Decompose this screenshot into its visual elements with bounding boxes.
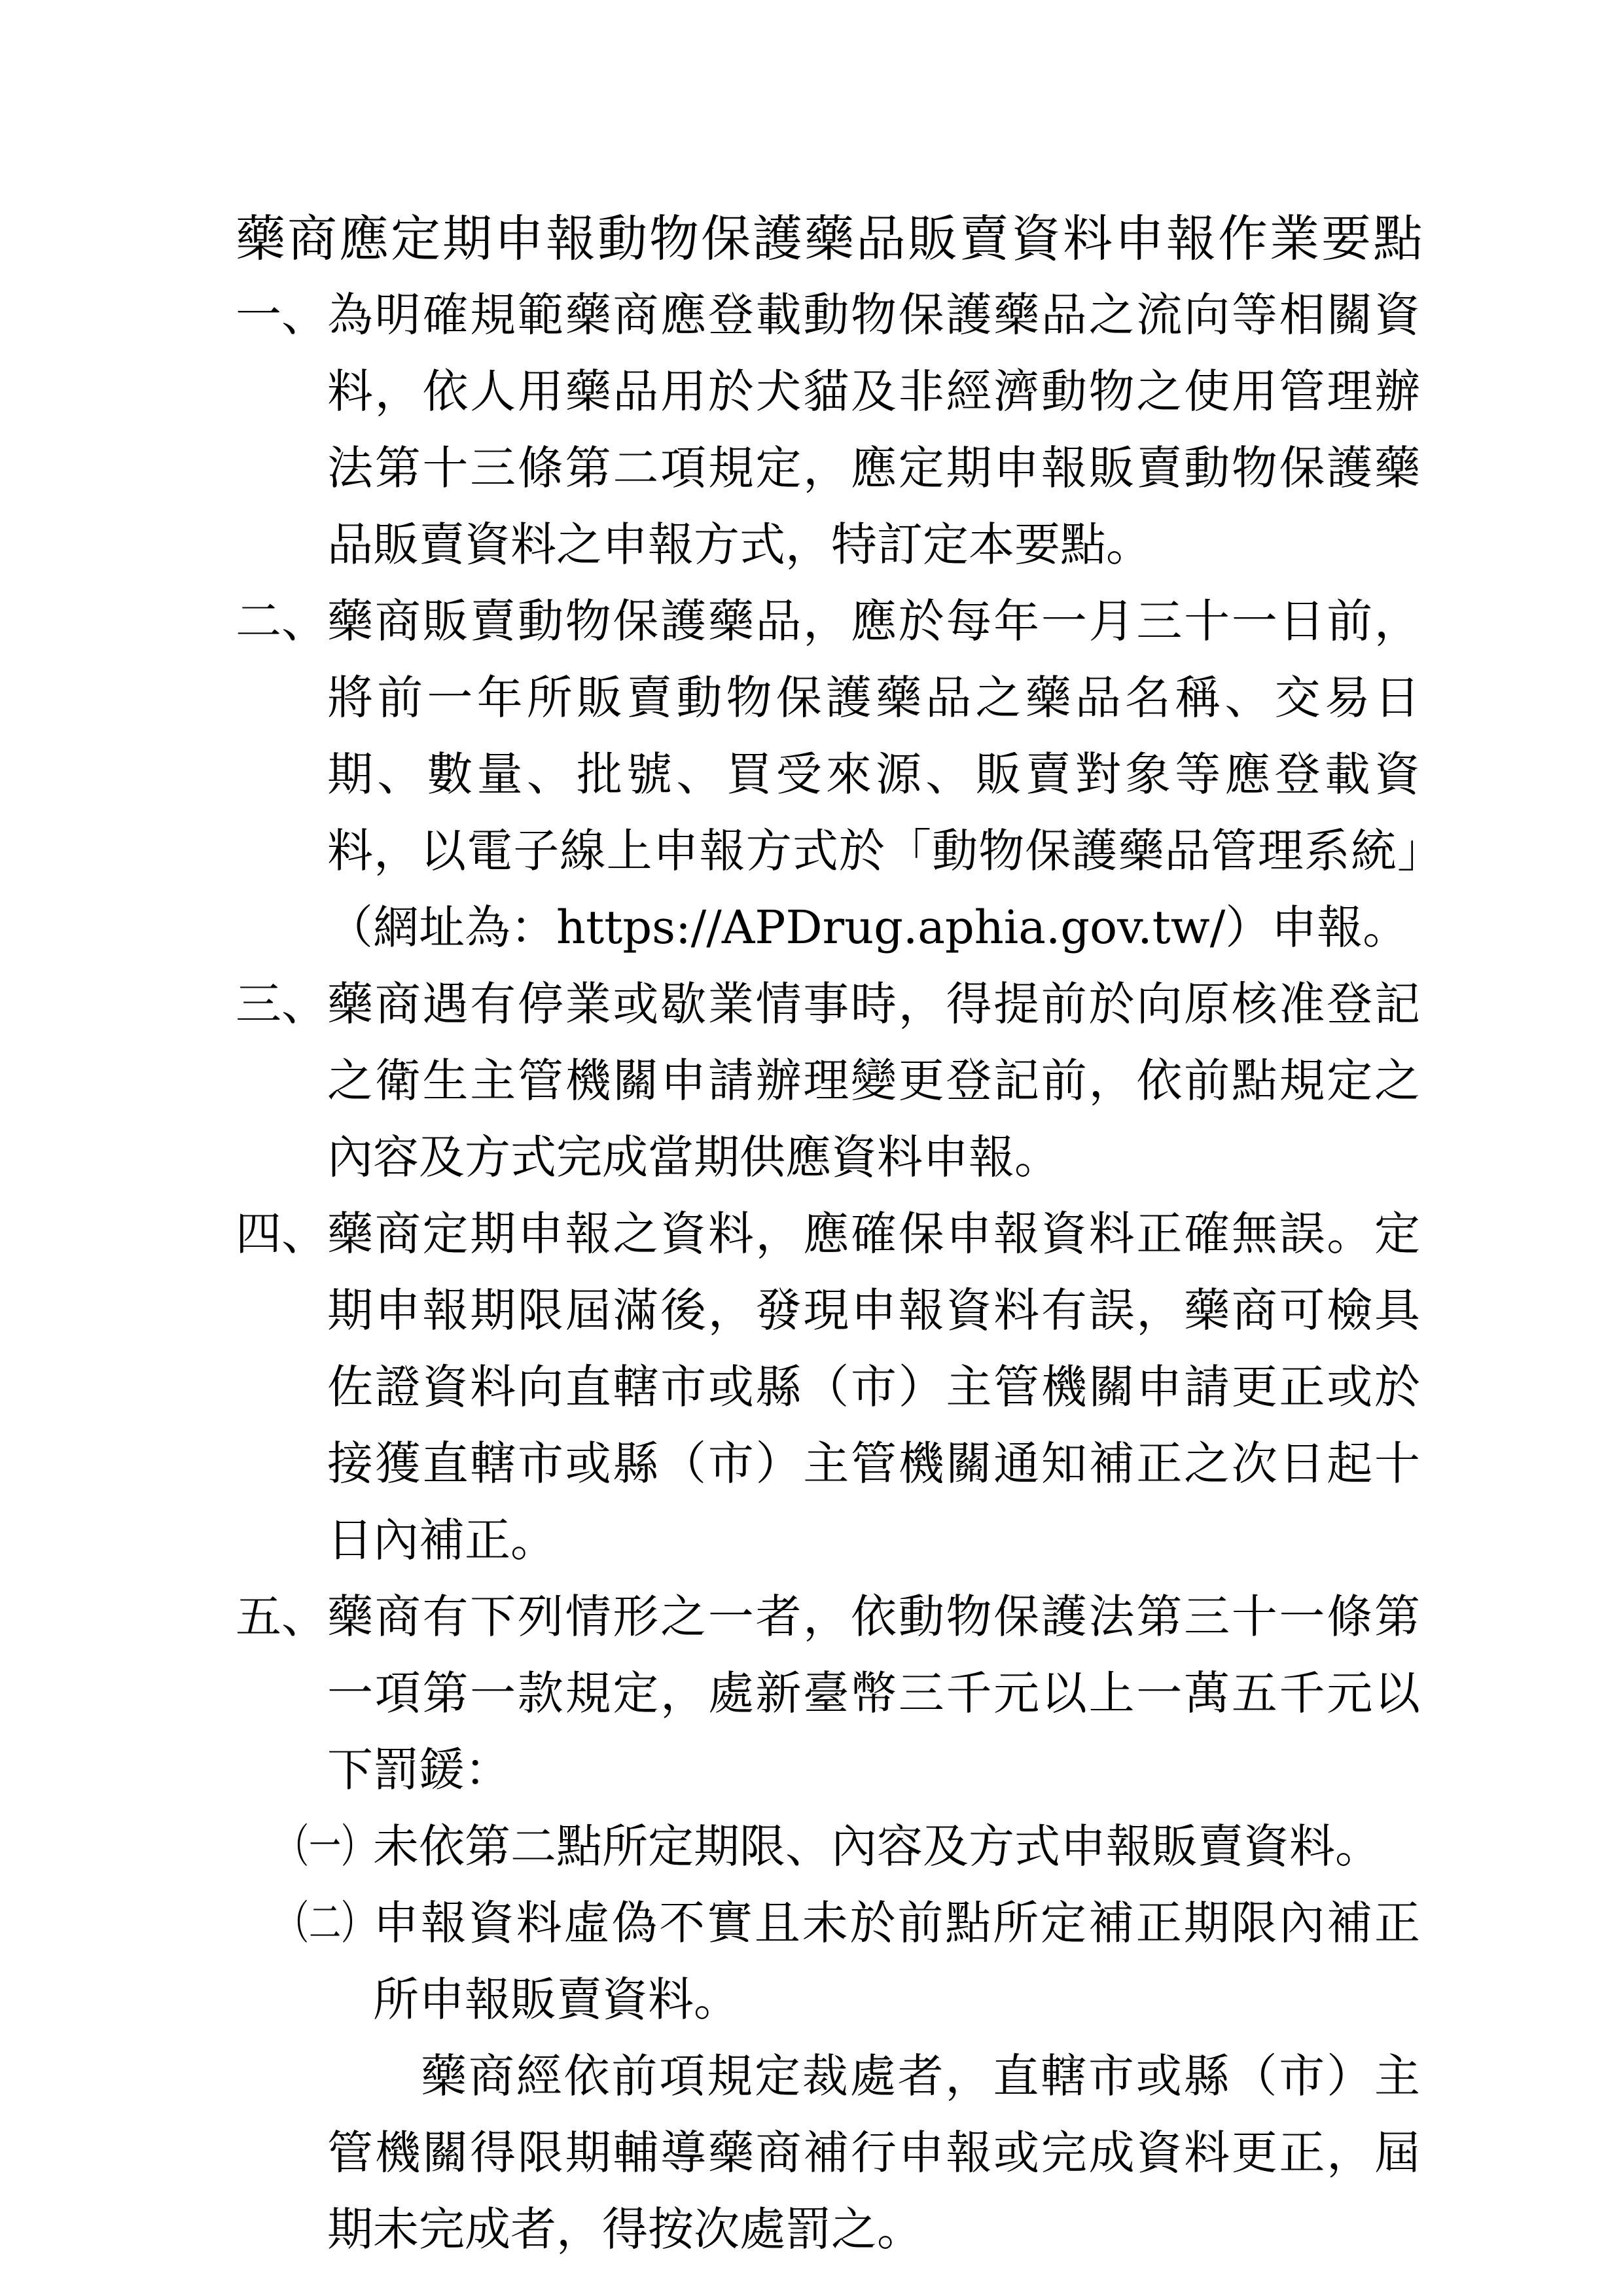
clause-5-subitem-2: （二）申報資料虛偽不實且未於前點所定補正期限內補正所申報販賣資料。 [236, 1885, 1420, 2038]
document-body: 一、為明確規範藥商應登載動物保護藥品之流向等相關資料，依人用藥品用於犬貓及非經濟… [236, 277, 1420, 2268]
clause-2-number: 二、 [236, 583, 327, 660]
clause-5-subitem-2-text: 申報資料虛偽不實且未於前點所定補正期限內補正所申報販賣資料。 [373, 1896, 1420, 2026]
clause-5-number: 五、 [236, 1579, 327, 1655]
clause-1-text: 為明確規範藥商應登載動物保護藥品之流向等相關資料，依人用藥品用於犬貓及非經濟動物… [327, 288, 1420, 571]
clause-1: 一、為明確規範藥商應登載動物保護藥品之流向等相關資料，依人用藥品用於犬貓及非經濟… [236, 277, 1420, 583]
clause-5: 五、藥商有下列情形之一者，依動物保護法第三十一條第一項第一款規定，處新臺幣三千元… [236, 1579, 1420, 1808]
clause-1-number: 一、 [236, 277, 327, 353]
clause-2: 二、藥商販賣動物保護藥品，應於每年一月三十一日前，將前一年所販賣動物保護藥品之藥… [236, 583, 1420, 966]
clause-3: 三、藥商遇有停業或歇業情事時，得提前於向原核准登記之衛生主管機關申請辦理變更登記… [236, 966, 1420, 1196]
document-page: 藥商應定期申報動物保護藥品販賣資料申報作業要點 一、為明確規範藥商應登載動物保護… [0, 0, 1623, 2296]
clause-3-text: 藥商遇有停業或歇業情事時，得提前於向原核准登記之衛生主管機關申請辦理變更登記前，… [327, 977, 1420, 1184]
clause-5-subitem-1: （一）未依第二點所定期限、內容及方式申報販賣資料。 [236, 1808, 1420, 1885]
clause-2-text: 藥商販賣動物保護藥品，應於每年一月三十一日前，將前一年所販賣動物保護藥品之藥品名… [327, 594, 1420, 954]
clause-5-subitem-1-number: （一） [277, 1808, 373, 1885]
clause-5-subitem-1-text: 未依第二點所定期限、內容及方式申報販賣資料。 [373, 1820, 1381, 1873]
clause-3-number: 三、 [236, 966, 327, 1043]
clause-4: 四、藥商定期申報之資料，應確保申報資料正確無誤。定期申報期限屆滿後，發現申報資料… [236, 1196, 1420, 1579]
clause-4-text: 藥商定期申報之資料，應確保申報資料正確無誤。定期申報期限屆滿後，發現申報資料有誤… [327, 1207, 1420, 1567]
clause-4-number: 四、 [236, 1196, 327, 1272]
clause-5-subitem-2-number: （二） [277, 1885, 373, 1962]
clause-5-closing-paragraph: 藥商經依前項規定裁處者，直轄市或縣（市）主管機關得限期輔導藥商補行申報或完成資料… [327, 2038, 1420, 2268]
document-title: 藥商應定期申報動物保護藥品販賣資料申報作業要點 [236, 200, 1420, 277]
clause-5-text: 藥商有下列情形之一者，依動物保護法第三十一條第一項第一款規定，處新臺幣三千元以上… [327, 1590, 1420, 1797]
